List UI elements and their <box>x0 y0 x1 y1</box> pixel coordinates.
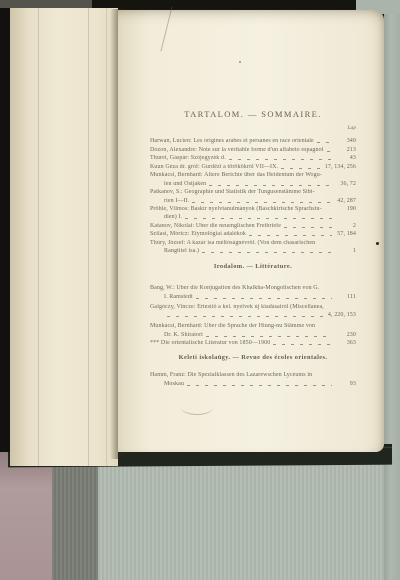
paper-scratch <box>180 398 214 415</box>
entry-text: Katanov, Nikolai: Über die neuenglischen… <box>150 223 281 230</box>
toc-entry: Bang, W.: Über die Konjugation des Khalk… <box>150 284 356 292</box>
entry-text: Harwan, Lucien: Les origines arabes et p… <box>150 138 314 145</box>
toc-entry-continuation: len und Ostjaken36, 72 <box>150 179 356 187</box>
entry-text: len und Ostjaken <box>164 181 206 188</box>
page-crease <box>88 8 89 466</box>
entry-text: Thuret, Gáspár: Szójegyzék d. <box>150 155 226 162</box>
toc-entry: Patkanov, S.: Geographie und Statistik d… <box>150 188 356 196</box>
dash-leader <box>273 344 332 345</box>
entry-page: 93 <box>334 381 356 388</box>
toc-entry: Szilasi, Móricz: Etymológiai adalékok57,… <box>150 230 356 238</box>
entry-text: Thúry, József: A kazár isa méltóságnévrő… <box>150 240 315 247</box>
table-surface-bottom <box>52 460 400 580</box>
entry-text: Munkácsi, Bernhard: Über die Sprache der… <box>150 323 315 330</box>
toc-entry-continuation: Moskau93 <box>150 379 356 387</box>
entry-text: dien) I. <box>164 214 182 221</box>
toc-entry: Thúry, József: A kazár isa méltóságnévrő… <box>150 238 356 246</box>
book-cover-left-edge <box>0 8 10 452</box>
section-heading-iskolaugy: Keleti iskolaügy. — Revue des écoles ori… <box>150 354 356 361</box>
toc-entry-continuation: dien) I. <box>150 213 356 221</box>
entry-text: Dozon, Alexandre: Note sur la véritable … <box>150 147 324 154</box>
dash-leader <box>167 316 326 317</box>
entry-text: Hamm, Franz: Die Spezialklassen des Laza… <box>150 372 312 379</box>
entry-page: 190 <box>334 206 356 213</box>
entry-page: 57, 184 <box>334 231 356 238</box>
page-column-label: Lap <box>347 125 356 131</box>
background-pink-band <box>0 448 52 580</box>
entry-text: Kuun Géza dr. gróf: Gurdēzī a törökökről… <box>150 164 278 171</box>
entry-text: Bang, W.: Über die Konjugation des Khalk… <box>150 285 319 292</box>
entry-page: 111 <box>334 294 356 301</box>
entry-page: 17, 134, 256 <box>325 164 356 171</box>
toc-entry: Munkácsi, Bernhard: Ältere Berichte über… <box>150 171 356 179</box>
toc-entry: Pröhle, Vilmos: Baskír nyelvtanulmányok … <box>150 205 356 213</box>
entry-page: 2 <box>334 223 356 230</box>
entry-page: 42, 287 <box>334 198 356 205</box>
dash-leader <box>209 185 332 186</box>
entry-page: 43 <box>334 155 356 162</box>
toc-entry: Munkácsi, Bernhard: Über die Sprache der… <box>150 322 356 330</box>
dash-leader <box>202 252 332 253</box>
dash-leader <box>317 142 332 143</box>
page-crease <box>38 8 39 466</box>
dirt-speck <box>376 242 379 245</box>
page-crease <box>106 8 107 466</box>
toc-entry: Galgóczy, Vincze: Értesítő a kel. nyelve… <box>150 302 356 310</box>
toc-entry: Dozon, Alexandre: Note sur la véritable … <box>150 145 356 153</box>
left-blank-page <box>10 8 118 466</box>
entry-text: Munkácsi, Bernhard: Ältere Berichte über… <box>150 172 322 179</box>
entry-text: Patkanov, S.: Geographie und Statistik d… <box>150 189 315 196</box>
entry-text: *** Die orientalische Literatur von 1850… <box>150 340 270 347</box>
dash-leader <box>249 235 332 236</box>
table-surface-shadow-column <box>52 460 98 580</box>
entry-page: 36, 72 <box>334 181 356 188</box>
dash-leader <box>281 168 323 169</box>
dash-leader <box>284 227 332 228</box>
toc-entry: Hamm, Franz: Die Spezialklassen des Laza… <box>150 371 356 379</box>
dirt-speck <box>239 61 241 63</box>
toc-entry-continuation: 4, 220, 153 <box>150 311 356 319</box>
toc-entry: Katanov, Nikolai: Über die neuenglischen… <box>150 221 356 229</box>
entry-text: Szilasi, Móricz: Etymológiai adalékok <box>150 231 246 238</box>
toc-main-section: Harwan, Lucien: Les origines arabes et p… <box>150 137 356 255</box>
book-photo: TARTALOM. — SOMMAIRE. Lap Harwan, Lucien… <box>0 0 400 580</box>
entry-text: Pröhle, Vilmos: Baskír nyelvtanulmányok … <box>150 206 322 213</box>
dash-leader <box>327 151 333 152</box>
toc-entry: Thuret, Gáspár: Szójegyzék d.43 <box>150 154 356 162</box>
toc-entry-continuation: Dr. K. Shiratori230 <box>150 330 356 338</box>
toc-entry: Harwan, Lucien: Les origines arabes et p… <box>150 137 356 145</box>
dash-leader <box>187 385 332 386</box>
entry-text: rien I—II. <box>164 198 189 205</box>
toc-entry: Kuun Géza dr. gróf: Gurdēzī a törökökről… <box>150 162 356 170</box>
entry-page: 1 <box>334 248 356 255</box>
table-surface-right <box>384 0 400 580</box>
entry-text: Galgóczy, Vincze: Értesítő a kel. nyelve… <box>150 304 324 311</box>
dash-leader <box>192 202 332 203</box>
entry-text: I. Ramstedt <box>164 294 193 301</box>
dash-leader <box>196 298 332 299</box>
dash-leader <box>229 159 332 160</box>
toc-entry: *** Die orientalische Literatur von 1850… <box>150 339 356 347</box>
toc-schools-section: Hamm, Franz: Die Spezialklassen des Laza… <box>150 371 356 388</box>
entry-page: 213 <box>334 147 356 154</box>
toc-literature-section: Bang, W.: Über die Konjugation des Khalk… <box>150 284 356 347</box>
entry-page: 349 <box>334 138 356 145</box>
page-title: TARTALOM. — SOMMAIRE. <box>150 109 356 119</box>
toc-entry-continuation: rien I—II.42, 287 <box>150 196 356 204</box>
toc-entry-continuation: Rangtitel isa.)1 <box>150 247 356 255</box>
entry-page: 363 <box>334 340 356 347</box>
section-heading-irodalom: Irodalom. — Littérature. <box>150 263 356 270</box>
contents-page: TARTALOM. — SOMMAIRE. Lap Harwan, Lucien… <box>118 10 384 452</box>
dash-leader <box>206 336 332 337</box>
entry-page: 230 <box>334 332 356 339</box>
entry-text: Rangtitel isa.) <box>164 248 199 255</box>
dash-leader <box>185 218 332 219</box>
entry-page: 4, 220, 153 <box>328 312 356 319</box>
entry-text: Dr. K. Shiratori <box>164 332 203 339</box>
entry-text: Moskau <box>164 381 184 388</box>
toc-entry-continuation: I. Ramstedt111 <box>150 292 356 300</box>
